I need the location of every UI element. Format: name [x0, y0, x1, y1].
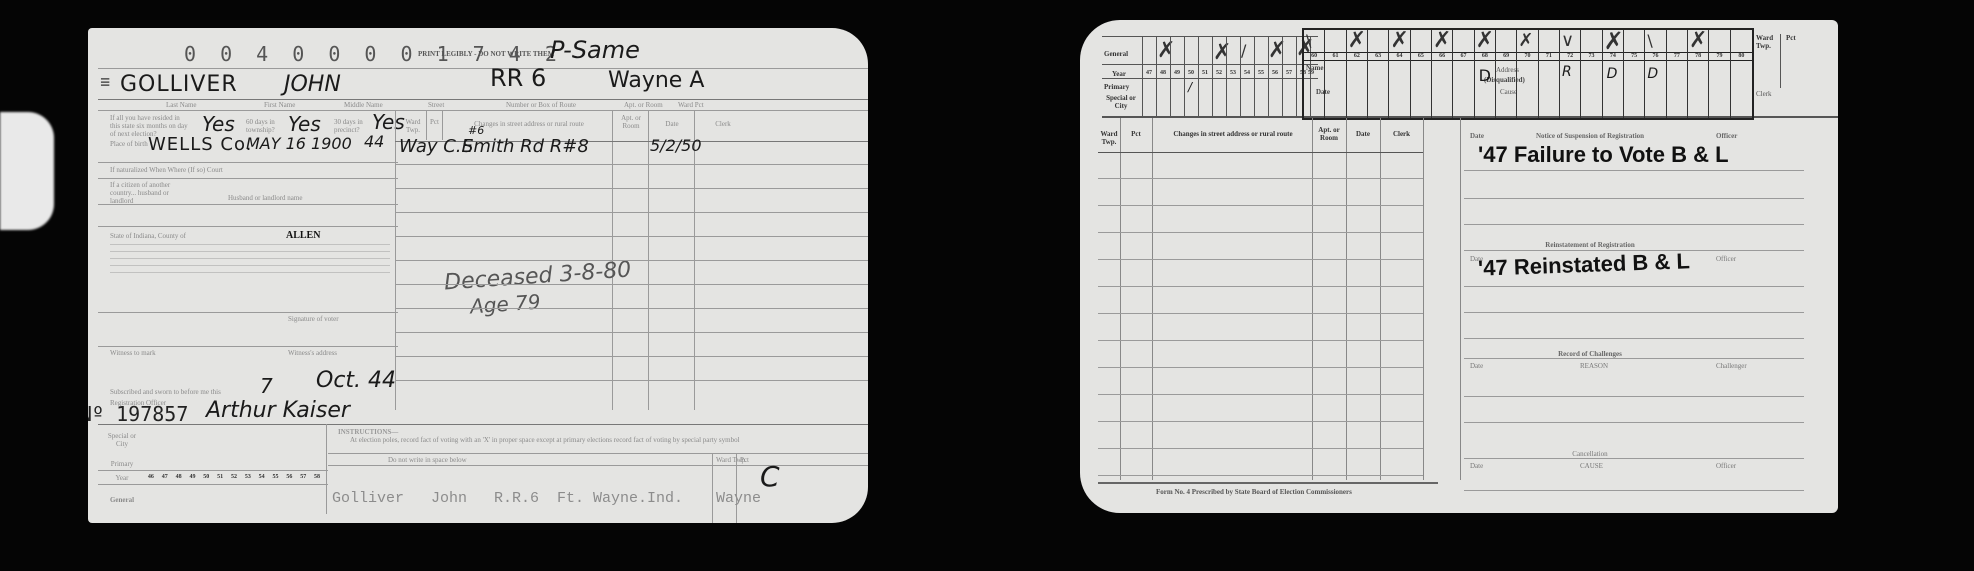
county-value: ALLEN [286, 230, 320, 241]
challenges-date-label: Date [1470, 362, 1483, 370]
first-name-value: JOHN [284, 72, 341, 97]
ward-twp-header: Ward Twp. [400, 118, 426, 134]
birth-place-value: WELLS Co. [148, 134, 252, 155]
pct-header: Pct [427, 118, 442, 126]
general-vote-mark-52: ✗ [1213, 42, 1231, 64]
film-artifact [0, 112, 54, 230]
birth-date-value: MAY 16 1900 [246, 134, 352, 153]
changes-pct-header: Pct [1120, 130, 1152, 138]
state-county-label: State of Indiana, County of [110, 232, 186, 240]
township-value: Wayne A [608, 68, 704, 93]
age-value: 44 [364, 132, 384, 151]
general-vote-mark-56: ✗ [1268, 40, 1286, 62]
instructions-title: INSTRUCTIONS— [338, 428, 398, 436]
middle-name-label: Middle Name [344, 101, 383, 109]
apt-room-header: Apt. or Room [614, 114, 648, 130]
naturalized-label: If naturalized When Where (If so) Court [110, 166, 390, 174]
reinstatement-officer-label: Officer [1716, 255, 1736, 263]
general-grid-left: 47 48 ✗ 49 50 / 51 52 ✗ 53 54 / 55 56 ✗ … [1142, 36, 1318, 116]
cancellation-officer-label: Officer [1716, 462, 1736, 470]
registration-card-back: General Year Primary Special or City 47 … [1080, 20, 1838, 513]
pct-bottom-label: Pct [740, 456, 749, 464]
street-label: Street [428, 101, 444, 109]
alien-husband-label: If a citizen of another country... husba… [110, 181, 190, 205]
general-row-label: General [102, 496, 142, 504]
suspension-officer-label: Officer [1716, 132, 1737, 140]
husband-name-label: Husband or landlord name [228, 194, 388, 202]
last-name-value: GOLLIVER [120, 72, 238, 97]
primary-mark-50: / [1188, 80, 1192, 94]
oath-text [110, 241, 390, 279]
year-row: 46 47 48 49 50 51 52 53 54 55 56 57 58 [144, 474, 324, 480]
first-name-label: First Name [264, 101, 295, 109]
voter-signature-label: Signature of voter [288, 315, 339, 323]
special-city-row-label: Special or City [102, 432, 142, 448]
last-name-label: Last Name [166, 101, 197, 109]
deceased-age: Age 79 [469, 290, 541, 319]
general-grid-right: Name Date Address (Disqualified) Cause 6… [1302, 28, 1754, 120]
street-route-value: RR 6 [490, 64, 546, 92]
primary-mark-68: D [1479, 66, 1491, 85]
suspension-date-label: Date [1470, 132, 1484, 140]
clerk-header: Clerk [698, 120, 748, 128]
primary-row-label: Primary [102, 460, 142, 468]
year-columns: 60\ 61 62✗ 63 64✗ 65 66✗ 67 68✗D 69 70✗ … [1304, 30, 1752, 118]
year-row-label: Year [102, 474, 142, 482]
top-pct-label: Pct [1786, 34, 1796, 42]
resided-township-value: Yes [288, 112, 321, 136]
changes-rows [1098, 152, 1423, 478]
general-vote-mark-48: ✗ [1157, 40, 1175, 62]
cancellation-title: Cancellation [1500, 450, 1680, 458]
date-header: Date [650, 120, 694, 128]
address-changes-table: Ward Twp. Pct Changes in street address … [1098, 118, 1460, 480]
typed-township: Wayne [716, 490, 761, 507]
witness-address-label: Witness's address [288, 349, 337, 357]
corner-mark: C [760, 460, 780, 493]
registration-number: Nº 197857 [88, 402, 188, 426]
header-instruction: PRINT LEGIBLY - DO NOT WRITE THEM [418, 50, 554, 58]
suspension-title: Notice of Suspension of Registration [1500, 132, 1680, 140]
witness-label: Witness to mark [110, 349, 156, 357]
birth-place-label: Place of birth [110, 140, 150, 148]
sworn-day-value: 7 [260, 374, 273, 398]
primary-mark-72: R [1562, 64, 1572, 80]
reinstatement-stamp: '47 Reinstated B & L [1478, 248, 1691, 281]
primary-mark-76: D [1647, 66, 1658, 82]
apt-label: Apt. or Room [624, 101, 663, 109]
top-ward-twp-label: Ward Twp. [1756, 34, 1780, 50]
general-row-label: General [1104, 50, 1128, 58]
header-annotation: P-Same [550, 36, 640, 64]
route-label: Number or Box of Route [506, 101, 576, 109]
cancellation-date-label: Date [1470, 462, 1483, 470]
challenges-title: Record of Challenges [1500, 350, 1680, 358]
resided-state-value: Yes [202, 112, 235, 136]
sworn-month-year-value: Oct. 44 [316, 368, 396, 393]
officer-signature: Arthur Kaiser [206, 398, 350, 423]
challenges-challenger-label: Challenger [1716, 362, 1747, 370]
special-city-row-label: Special or City [1106, 94, 1136, 110]
reinstatement-title: Reinstatement of Registration [1500, 241, 1680, 249]
suspension-stamp: '47 Failure to Vote B & L [1478, 142, 1729, 168]
ward-pct-label: Ward Pct [678, 101, 704, 109]
primary-row-label: Primary [1104, 83, 1129, 91]
do-not-write-label: Do not write in space below [388, 456, 467, 464]
changes-ward-header: Ward Twp. [1098, 130, 1120, 146]
form-footer: Form No. 4 Prescribed by State Board of … [1156, 488, 1352, 496]
year-row-label: Year [1112, 70, 1126, 78]
changes-apt-header: Apt. or Room [1312, 126, 1346, 142]
name-prefix-icon: ≡ [100, 72, 110, 93]
address-change-value: Smith Rd R#8 [462, 136, 589, 157]
general-vote-mark-54: / [1241, 40, 1246, 62]
instructions-text: At election poles, record fact of voting… [350, 436, 770, 444]
typed-address-line: Golliver John R.R.6 Ft. Wayne.Ind. [332, 490, 683, 507]
subscribed-label: Subscribed and sworn to before me this [110, 388, 260, 396]
changes-clerk-header: Clerk [1380, 130, 1423, 138]
primary-mark-74: D [1607, 66, 1618, 82]
registration-card-front: 0 0 4 0 0 0 0 1 7 4 2 PRINT LEGIBLY - DO… [88, 28, 868, 523]
cancellation-cause-label: CAUSE [1580, 462, 1603, 470]
challenges-reason-label: REASON [1580, 362, 1608, 370]
top-clerk-label: Clerk [1756, 90, 1772, 98]
changes-address-header: Changes in street address or rural route [1154, 130, 1312, 138]
changes-date-header: Date [1346, 130, 1380, 138]
change-date-value: 5/2/50 [650, 136, 702, 155]
